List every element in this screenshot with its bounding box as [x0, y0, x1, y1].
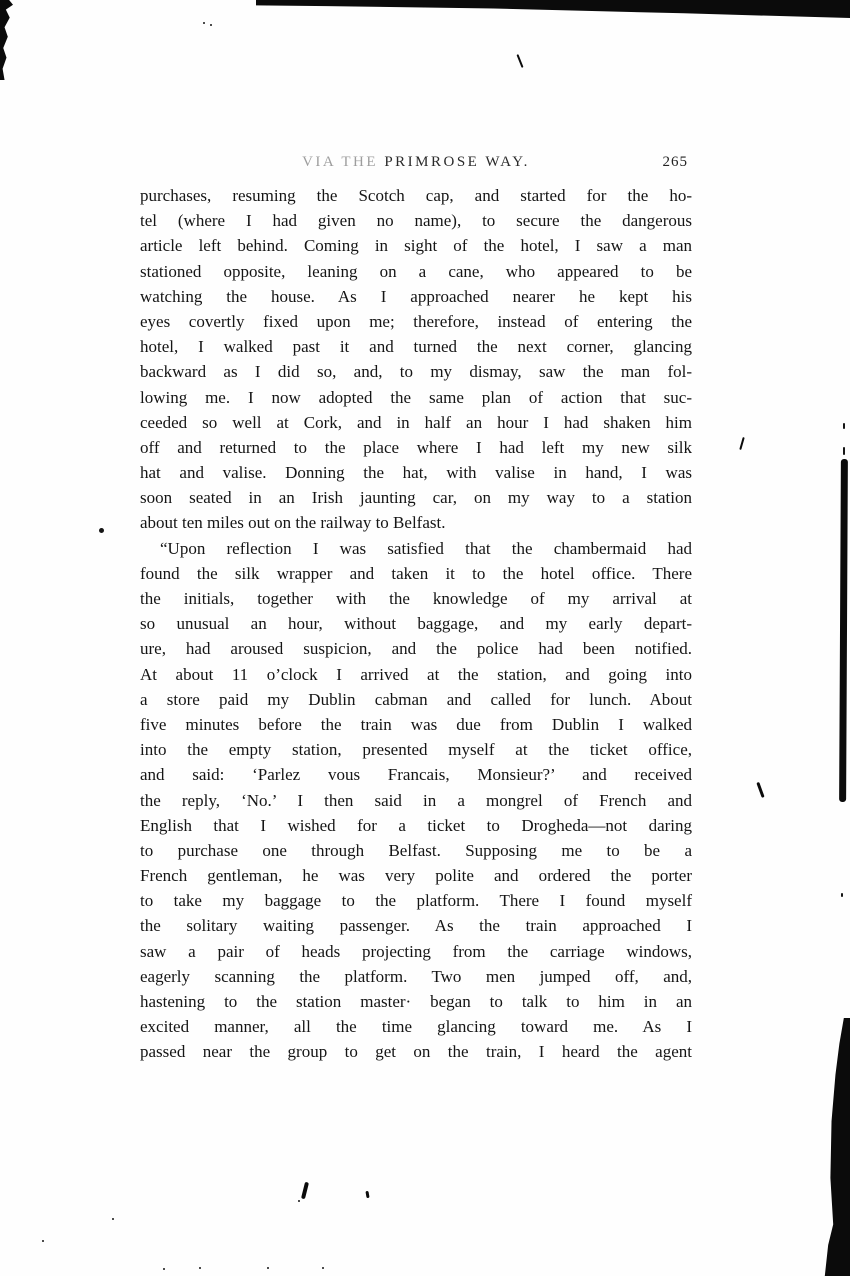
scan-speck-dot: [203, 22, 205, 24]
text-line: eyes covertly fixed upon me; therefore, …: [140, 309, 692, 334]
scan-speck-dot: [199, 1267, 201, 1269]
scan-artifact-right-bar: [839, 459, 848, 802]
running-title: VIA THE PRIMROSE WAY.: [140, 154, 692, 171]
running-head: VIA THE PRIMROSE WAY. 265: [140, 154, 692, 176]
text-line: hat and valise. Donning the hat, with va…: [140, 460, 692, 485]
text-line: about ten miles out on the railway to Be…: [140, 510, 692, 535]
scan-speck-margin-bullet: [99, 528, 104, 533]
text-line: excited manner, all the time glancing to…: [140, 1014, 692, 1039]
text-line: ceeded so well at Cork, and in half an h…: [140, 410, 692, 435]
scan-speck-dot: [843, 423, 845, 429]
scan-speck-backslash-top: [516, 54, 523, 68]
scan-speck-dot: [843, 447, 845, 455]
page-number: 265: [663, 154, 689, 171]
scan-artifact-top-bar: [256, 0, 850, 19]
text-line: hastening to the station master· began t…: [140, 989, 692, 1014]
scan-speck-dot: [298, 1200, 300, 1202]
scan-speck-backslash-right-margin: [756, 782, 764, 798]
text-line: the solitary waiting passenger. As the t…: [140, 913, 692, 938]
text-line: so unusual an hour, without baggage, and…: [140, 611, 692, 636]
text-line: “Upon reflection I was satisfied that th…: [140, 536, 692, 561]
text-line: soon seated in an Irish jaunting car, on…: [140, 485, 692, 510]
text-line: off and returned to the place where I ha…: [140, 435, 692, 460]
scan-speck-dot: [841, 893, 843, 897]
text-line: the reply, ‘No.’ I then said in a mongre…: [140, 788, 692, 813]
running-title-faded-part: VIA THE: [302, 154, 378, 170]
scan-speck-dot: [267, 1267, 269, 1269]
text-line: into the empty station, presented myself…: [140, 737, 692, 762]
scan-artifact-bottom-right-blob: [822, 1018, 850, 1276]
text-line: French gentleman, he was very polite and…: [140, 863, 692, 888]
text-line: At about 11 o’clock I arrived at the sta…: [140, 662, 692, 687]
text-line: passed near the group to get on the trai…: [140, 1039, 692, 1064]
running-title-clear-part: PRIMROSE WAY.: [378, 154, 530, 170]
scan-speck-dot: [210, 24, 212, 26]
scan-speck-dot: [42, 1240, 44, 1242]
scan-speck-tick-bottom: [365, 1191, 369, 1198]
text-block: purchases, resuming the Scotch cap, and …: [140, 183, 692, 1065]
scan-artifact-left-edge: [0, 0, 13, 80]
text-line: hotel, I walked past it and turned the n…: [140, 334, 692, 359]
text-line: five minutes before the train was due fr…: [140, 712, 692, 737]
text-line: article left behind. Coming in sight of …: [140, 233, 692, 258]
text-line: ure, had aroused suspicion, and the poli…: [140, 636, 692, 661]
text-line: a store paid my Dublin cabman and called…: [140, 687, 692, 712]
text-line: English that I wished for a ticket to Dr…: [140, 813, 692, 838]
text-line: saw a pair of heads projecting from the …: [140, 939, 692, 964]
scan-speck-dot: [112, 1218, 114, 1220]
text-line: purchases, resuming the Scotch cap, and …: [140, 183, 692, 208]
text-line: stationed opposite, leaning on a cane, w…: [140, 259, 692, 284]
text-line: watching the house. As I approached near…: [140, 284, 692, 309]
text-line: the initials, together with the knowledg…: [140, 586, 692, 611]
book-page: VIA THE PRIMROSE WAY. 265 purchases, res…: [0, 0, 850, 1276]
text-line: eagerly scanning the platform. Two men j…: [140, 964, 692, 989]
scan-speck-dot: [322, 1267, 324, 1269]
text-line: lowing me. I now adopted the same plan o…: [140, 385, 692, 410]
text-line: backward as I did so, and, to my dismay,…: [140, 359, 692, 384]
scan-speck-slash-bottom: [301, 1182, 309, 1199]
text-line: found the silk wrapper and taken it to t…: [140, 561, 692, 586]
text-line: tel (where I had given no name), to secu…: [140, 208, 692, 233]
scan-speck-dot: [163, 1268, 165, 1270]
text-line: and said: ‘Parlez vous Francais, Monsieu…: [140, 762, 692, 787]
text-line: to purchase one through Belfast. Supposi…: [140, 838, 692, 863]
scan-speck-slash-right-margin: [739, 437, 745, 450]
text-line: to take my baggage to the platform. Ther…: [140, 888, 692, 913]
